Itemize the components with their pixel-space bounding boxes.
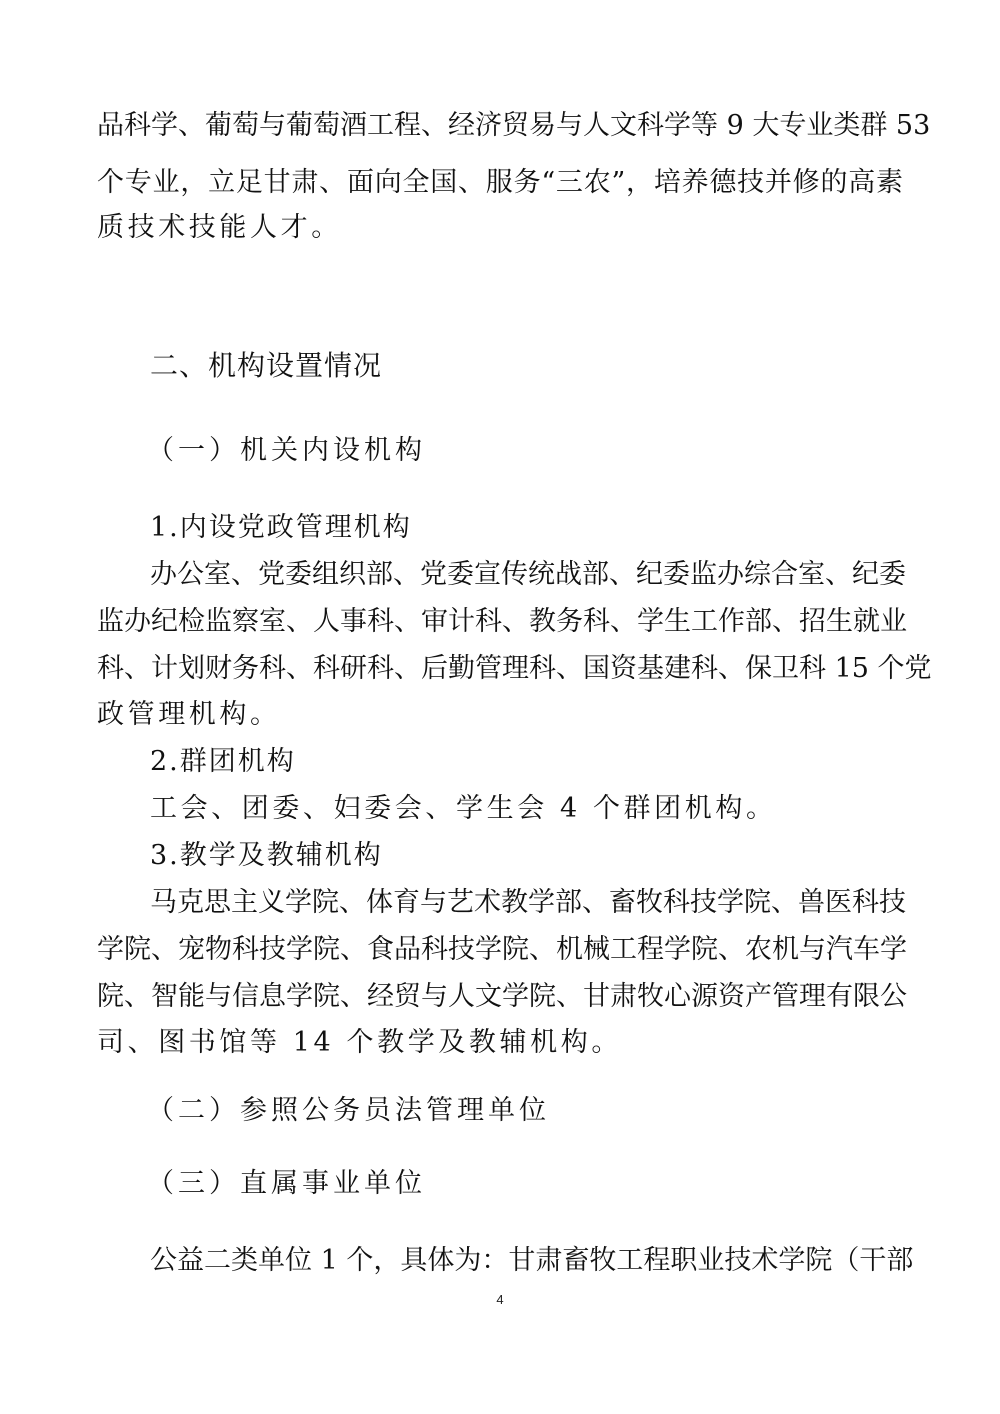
item-1-line-1: 办公室、党委组织部、党委宣传统战部、纪委监办综合室、纪委 <box>150 557 903 593</box>
section-heading: 二、机构设置情况 <box>150 348 956 384</box>
subsection-3-title: （三）直属事业单位 <box>147 1166 953 1202</box>
item-3-line-3: 院、智能与信息学院、经贸与人文学院、甘肃牧心源资产管理有限公 <box>97 979 903 1015</box>
item-3-title: 3.教学及教辅机构 <box>150 838 956 874</box>
item-1-line-3: 科、计划财务科、科研科、后勤管理科、国资基建科、保卫科 15 个党 <box>97 651 903 687</box>
item-3-line-1: 马克思主义学院、体育与艺术教学部、畜牧科技学院、兽医科技 <box>150 885 903 921</box>
page-number: 4 <box>0 1292 1000 1307</box>
subsection-1-title: （一）机关内设机构 <box>147 433 953 469</box>
item-1-line-2: 监办纪检监察室、人事科、审计科、教务科、学生工作部、招生就业 <box>97 604 903 640</box>
subsection-2-title: （二）参照公务员法管理单位 <box>147 1093 953 1129</box>
item-2-line-1: 工会、团委、妇委会、学生会 4 个群团机构。 <box>150 791 956 827</box>
item-3-line-4: 司、图书馆等 14 个教学及教辅机构。 <box>97 1025 903 1061</box>
document-page: 品科学、葡萄与葡萄酒工程、经济贸易与人文科学等 9 大专业类群 53 个专业，立… <box>0 0 1000 1414</box>
intro-line-1: 品科学、葡萄与葡萄酒工程、经济贸易与人文科学等 9 大专业类群 53 <box>97 108 903 144</box>
intro-line-2: 个专业，立足甘肃、面向全国、服务“三农”，培养德技并修的高素 <box>97 165 903 201</box>
intro-line-3: 质技术技能人才。 <box>97 210 903 246</box>
subsection-3-line-1: 公益二类单位 1 个，具体为：甘肃畜牧工程职业技术学院（干部 <box>150 1243 903 1279</box>
item-1-title: 1.内设党政管理机构 <box>150 510 956 546</box>
item-3-line-2: 学院、宠物科技学院、食品科技学院、机械工程学院、农机与汽车学 <box>97 932 903 968</box>
item-2-title: 2.群团机构 <box>150 744 956 780</box>
item-1-line-4: 政管理机构。 <box>97 697 903 733</box>
